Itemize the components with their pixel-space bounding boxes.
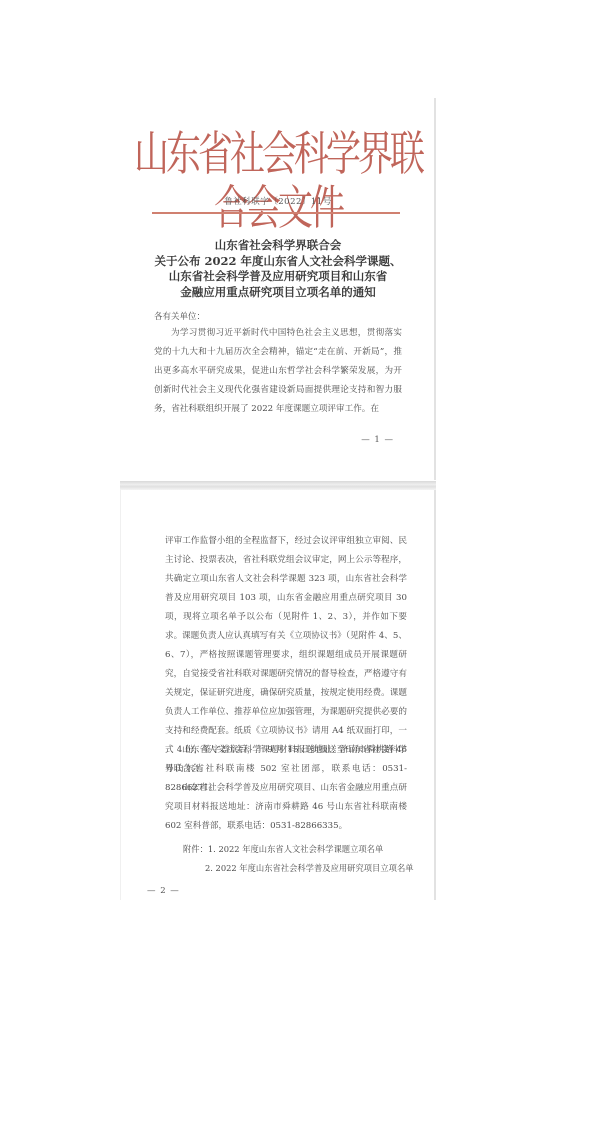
notice-title-line: 山东省社会科学界联合会 — [120, 238, 436, 254]
attachment-item-text: 2. 2022 年度山东省社会科学普及应用研究项目立项名单 — [205, 863, 414, 873]
page-number: — 1 — — [361, 435, 394, 445]
page-number: — 2 — — [147, 886, 180, 896]
page-separator — [120, 481, 436, 490]
document-page-1: 山东省社会科学界联合会文件 鲁社科联字〔2022〕11号 山东省社会科学界联合会… — [120, 98, 436, 480]
notice-title-line: 山东省社会科学普及应用研究项目和山东省 — [120, 269, 436, 285]
attachment-item-text: 1. 2022 年度山东省人文社会科学课题立项名单 — [208, 844, 383, 854]
red-divider — [152, 212, 400, 214]
masthead-title: 山东省社会科学界联合会文件 — [120, 128, 436, 236]
notice-title-line: 金融应用重点研究项目立项名单的通知 — [120, 285, 436, 301]
salutation: 各有关单位： — [154, 310, 205, 322]
notice-title-line: 关于公布 2022 年度山东省人文社会科学课题、 — [120, 254, 436, 270]
body-paragraph: 为学习贯彻习近平新时代中国特色社会主义思想，贯彻落实党的十九大和十九届历次全会精… — [154, 324, 402, 419]
body-paragraph: 山东省社会科学普及应用研究项目、山东省金融应用重点研究项目材料报送地址：济南市舜… — [165, 779, 407, 836]
document-page-2: 评审工作监督小组的全程监督下，经过会议评审组独立审阅、民主讨论、投票表决，省社科… — [120, 490, 436, 900]
attachment-item: 附件：1. 2022 年度山东省人文社会科学课题立项名单 — [165, 840, 415, 859]
attachments-label: 附件： — [183, 840, 208, 859]
attachment-item: 2. 2022 年度山东省社会科学普及应用研究项目立项名单 — [165, 859, 415, 878]
attachments-list: 附件：1. 2022 年度山东省人文社会科学课题立项名单 2. 2022 年度山… — [165, 840, 415, 878]
notice-title: 山东省社会科学界联合会 关于公布 2022 年度山东省人文社会科学课题、 山东省… — [120, 238, 436, 300]
document-number: 鲁社科联字〔2022〕11号 — [120, 195, 436, 207]
